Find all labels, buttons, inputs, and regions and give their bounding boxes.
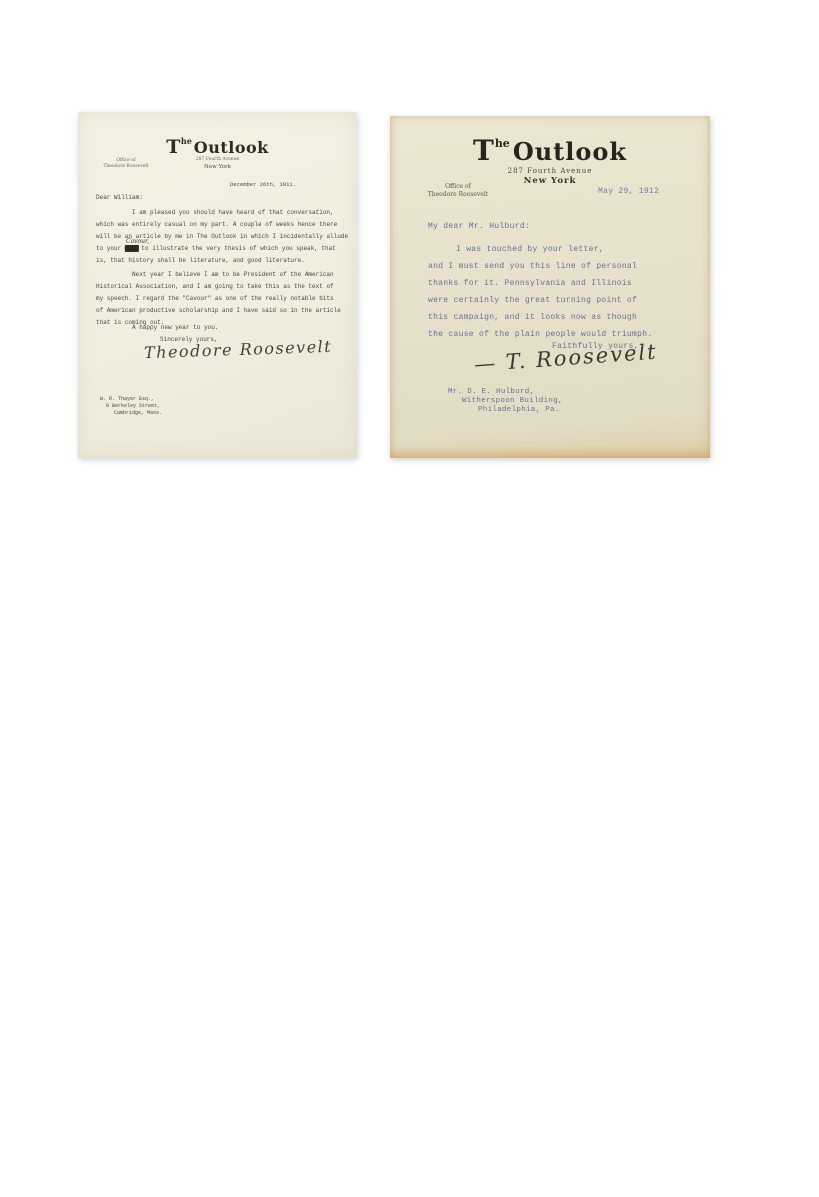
body-paragraph-1: I am pleased you should have heard of th… [96,207,350,267]
salutation: Dear William: [96,194,143,201]
body-line: my speech. I regard the "Cavour" as one … [96,293,350,305]
recipient-city: Cambridge, Mass. [114,410,162,417]
masthead-he: he [495,137,510,150]
masthead-he: he [181,136,192,146]
signature-t-roosevelt: — T. Roosevelt [473,340,658,377]
recipient-street: 8 Berkeley Street, [106,403,162,410]
recipient-street: Witherspoon Building, [462,397,563,406]
masthead-name: Outlook [194,138,269,157]
date-line: May 29, 1912 [598,187,659,196]
body-line: Next year I believe I am to be President… [96,269,350,281]
body-line: which was entirely casual on my part. A … [96,219,350,231]
office-line-2: Theodore Roosevelt [90,164,162,170]
outlook-masthead: TheOutlook [78,136,357,158]
office-line-2: Theodore Roosevelt [416,191,500,199]
office-line-1: Office of [416,183,500,191]
body-line-corrected: Cavour,to your █████ to illustrate the v… [96,243,350,255]
body-line: I am pleased you should have heard of th… [96,207,350,219]
body-line: and I must send you this line of persona… [428,258,672,275]
letterhead-street: 287 Fourth Avenue [390,167,710,175]
letter-scan-hulburd: TheOutlook 287 Fourth Avenue New York Of… [390,116,710,458]
body-paragraph: I was touched by your letter, and I must… [428,241,672,343]
body-line: were certainly the great turning point o… [428,292,672,309]
body-line: this campaign, and it looks now as thoug… [428,309,672,326]
closing-line: A happy new year to you. [132,324,218,331]
outlook-masthead: TheOutlook [390,134,710,167]
body-line: Historical Association, and I am going t… [96,281,350,293]
date-line: December 26th, 1911. [230,181,296,188]
body-line-text: to illustrate the very thesis of which y… [138,245,336,252]
body-line: thanks for it. Pennsylvania and Illinois [428,275,672,292]
body-line: of American productive scholarship and I… [96,305,350,317]
body-line-text: to your [96,245,125,252]
recipient-name: Mr. D. E. Hulburd, [448,388,563,397]
body-line: I was touched by your letter, [428,241,672,258]
recipient-address-block: W. R. Thayer Esq., 8 Berkeley Street, Ca… [100,396,162,417]
letterhead-office-block: Office of Theodore Roosevelt [416,183,500,199]
letter-scan-thayer: TheOutlook 287 Fourth Avenue New York Of… [78,112,357,458]
handwritten-correction: Cavour, [126,236,149,248]
body-line: is, that history shall be literature, an… [96,255,350,267]
recipient-city: Philadelphia, Pa. [478,406,563,415]
salutation: My dear Mr. Hulburd: [428,222,530,231]
body-paragraph-2: Next year I believe I am to be President… [96,269,350,329]
recipient-address-block: Mr. D. E. Hulburd, Witherspoon Building,… [448,388,563,415]
masthead-t: T [166,136,181,158]
letterhead-office-block: Office of Theodore Roosevelt [90,158,162,170]
masthead-name: Outlook [513,137,627,166]
masthead-t: T [473,134,495,167]
recipient-name: W. R. Thayer Esq., [100,396,162,403]
